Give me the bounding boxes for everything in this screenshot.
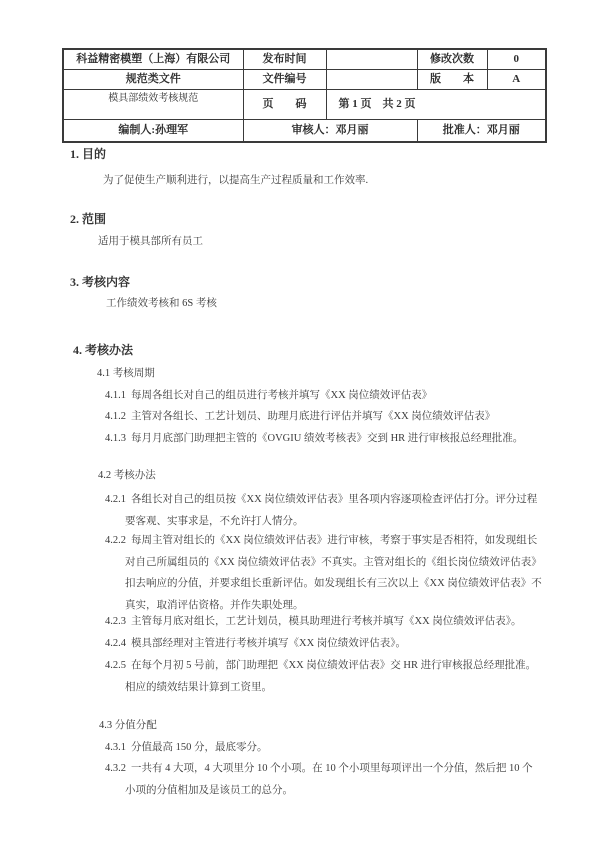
approver: 批准人：邓月丽 [417, 120, 546, 143]
section-3-heading: 3. 考核内容 [70, 272, 130, 294]
item-4-2-2-no: 4.2.2 [105, 535, 126, 546]
page-no-label: 页 码 [243, 90, 326, 120]
doc-title: 模具部绩效考核规范 [63, 90, 243, 120]
document-page: 科益精密模塑（上海）有限公司 发布时间 修改次数 0 规范类文件 文件编号 版 … [0, 0, 600, 850]
file-no-label: 文件编号 [243, 70, 326, 90]
release-time-label: 发布时间 [243, 49, 326, 70]
revision-count-label: 修改次数 [417, 49, 487, 70]
section-2-body: 适用于模具部所有员工 [98, 231, 203, 253]
item-4-3-2: 4.3.2一共有 4 大项，4 大项里分 10 个小项。在 10 个小项里每项评… [105, 758, 543, 801]
item-4-3-2-no: 4.3.2 [105, 763, 126, 774]
item-4-3-1-text: 分值最高 150 分，最底零分。 [131, 742, 268, 753]
section-4-2-heading: 4.2 考核办法 [98, 465, 156, 487]
item-4-1-1: 4.1.1每周各组长对自己的组员进行考核并填写《XX 岗位绩效评估表》 [105, 385, 543, 407]
document-header-table: 科益精密模塑（上海）有限公司 发布时间 修改次数 0 规范类文件 文件编号 版 … [62, 48, 547, 143]
item-4-2-3-text: 主管每月底对组长，工艺计划员，模具助理进行考核并填写《XX 岗位绩效评估表》。 [131, 616, 522, 627]
author: 编制人:孙理军 [63, 120, 243, 143]
item-4-1-2-no: 4.1.2 [105, 411, 126, 422]
item-4-2-5: 4.2.5在每个月初 5 号前，部门助理把《XX 岗位绩效评估表》交 HR 进行… [105, 655, 543, 698]
section-4-3-heading: 4.3 分值分配 [99, 715, 157, 737]
item-4-2-2-text: 每周主管对组长的《XX 岗位绩效评估表》进行审核，考察于事实是否相符，如发现组长… [125, 535, 542, 611]
section-3-body: 工作绩效考核和 6S 考核 [106, 293, 217, 315]
item-4-1-3-text: 每月月底部门助理把主管的《OVGIU 绩效考核表》交到 HR 进行审核报总经理批… [131, 433, 523, 444]
item-4-2-5-no: 4.2.5 [105, 660, 126, 671]
version-value: A [487, 70, 546, 90]
item-4-3-1-no: 4.3.1 [105, 742, 126, 753]
page-no-value: 第 1 页 共 2 页 [326, 90, 546, 120]
item-4-2-4-no: 4.2.4 [105, 638, 126, 649]
section-4-1-heading: 4.1 考核周期 [97, 363, 155, 385]
item-4-1-3: 4.1.3每月月底部门助理把主管的《OVGIU 绩效考核表》交到 HR 进行审核… [105, 428, 543, 450]
item-4-1-1-text: 每周各组长对自己的组员进行考核并填写《XX 岗位绩效评估表》 [131, 390, 432, 401]
version-label: 版 本 [417, 70, 487, 90]
section-2-heading: 2. 范围 [70, 209, 106, 231]
item-4-2-1: 4.2.1各组长对自己的组员按《XX 岗位绩效评估表》里各项内容逐项检查评估打分… [105, 489, 543, 532]
item-4-2-4-text: 模具部经理对主管进行考核并填写《XX 岗位绩效评估表》。 [131, 638, 406, 649]
company-name: 科益精密模塑（上海）有限公司 [63, 49, 243, 70]
file-no-value [326, 70, 417, 90]
item-4-2-2: 4.2.2每周主管对组长的《XX 岗位绩效评估表》进行审核，考察于事实是否相符，… [105, 530, 543, 616]
item-4-1-2-text: 主管对各组长、工艺计划员、助理月底进行评估并填写《XX 岗位绩效评估表》 [131, 411, 495, 422]
item-4-1-3-no: 4.1.3 [105, 433, 126, 444]
item-4-2-1-no: 4.2.1 [105, 494, 126, 505]
section-1-body: 为了促使生产顺利进行，以提高生产过程质量和工作效率. [103, 170, 368, 192]
item-4-1-1-no: 4.1.1 [105, 390, 126, 401]
revision-count-value: 0 [487, 49, 546, 70]
release-time-value [326, 49, 417, 70]
doc-class: 规范类文件 [63, 70, 243, 90]
item-4-2-3: 4.2.3主管每月底对组长，工艺计划员，模具助理进行考核并填写《XX 岗位绩效评… [105, 611, 543, 633]
item-4-1-2: 4.1.2主管对各组长、工艺计划员、助理月底进行评估并填写《XX 岗位绩效评估表… [105, 406, 543, 428]
item-4-2-5-text: 在每个月初 5 号前，部门助理把《XX 岗位绩效评估表》交 HR 进行审核报总经… [125, 660, 536, 693]
item-4-2-1-text: 各组长对自己的组员按《XX 岗位绩效评估表》里各项内容逐项检查评估打分。评分过程… [125, 494, 537, 527]
reviewer: 审核人：邓月丽 [243, 120, 417, 143]
section-1-heading: 1. 目的 [70, 144, 106, 166]
item-4-2-4: 4.2.4模具部经理对主管进行考核并填写《XX 岗位绩效评估表》。 [105, 633, 543, 655]
item-4-2-3-no: 4.2.3 [105, 616, 126, 627]
section-4-heading: 4. 考核办法 [73, 340, 133, 362]
item-4-3-2-text: 一共有 4 大项，4 大项里分 10 个小项。在 10 个小项里每项评出一个分值… [125, 763, 533, 796]
item-4-3-1: 4.3.1分值最高 150 分，最底零分。 [105, 737, 543, 759]
